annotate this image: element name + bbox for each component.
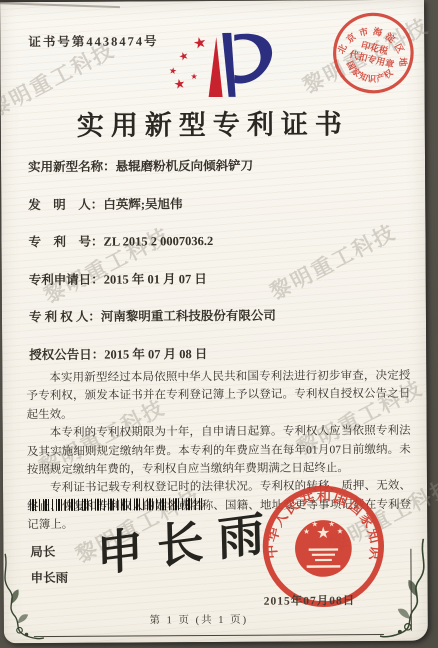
field-utility-model-name: 实用新型名称：悬辊磨粉机反向倾斜铲刀 [28,155,405,173]
logo-star-icon: ★ [168,65,177,76]
certificate-paper: 黎明重工科技 黎明重工科技 黎明重工科技 黎明重工科技 黎明重工科技 黎明重工科… [0,0,428,643]
field-label: 授权公告日： [29,347,104,361]
legal-paragraph: 本实用新型经过本局依照中华人民共和国专利法进行初步审查，决定授予专利权，颁发本证… [26,367,410,425]
field-application-date: 专利申请日：2015 年 01 月 07 日 [29,267,406,285]
logo-star-icon: ★ [190,72,197,81]
logo-star-icon: ★ [177,49,191,64]
national-emblem-icon: ★ ★ ★ ★ ★ [295,519,352,577]
field-grant-date: 授权公告日：2015 年 07 月 08 日 [29,342,406,360]
field-label: 专 利 号： [28,235,103,249]
field-inventors: 发 明 人：白英辉;吴旭伟 [28,192,405,210]
field-label: 专利申请日： [29,272,104,286]
svg-text:★: ★ [328,519,335,528]
tax-stamp-seal-icon: 北京市海淀区地方税务局 国家知识产权局 印花税 代扣专用章 [321,1,425,105]
legal-paragraph: 本专利的专利权期限为十年，自申请日起算。专利权人应当依照专利法及其实施细则规定缴… [27,422,411,480]
paper-fold-shadow [0,2,120,34]
field-label: 实用新型名称： [28,160,116,175]
seal-date: 2015年07月08日 [264,592,356,609]
svg-text:★: ★ [303,527,310,536]
page-number: 第 1 页 (共 1 页) [4,611,394,628]
sipo-official-seal-icon: 中华人民共和国国家知识产权局 ★ ★ ★ ★ ★ [260,483,387,610]
field-value: ZL 2015 2 0007036.2 [103,234,213,249]
field-value: 2015 年 07 月 08 日 [104,347,207,362]
logo-star-icon: ★ [172,75,186,92]
field-value: 悬辊磨粉机反向倾斜铲刀 [116,159,254,174]
field-patentee: 专 利 权 人：河南黎明重工科技股份有限公司 [29,305,406,323]
field-patent-number: 专 利 号：ZL 2015 2 0007036.2 [28,230,405,248]
certificate-title: 实用新型专利证书 [1,102,425,144]
field-value: 白英辉;吴旭伟 [103,197,182,211]
border-line [34,633,384,637]
certificate-photo: 黎明重工科技 黎明重工科技 黎明重工科技 黎明重工科技 黎明重工科技 黎明重工科… [0,0,438,648]
svg-text:★: ★ [312,519,319,528]
field-value: 河南黎明重工科技股份有限公司 [101,309,276,324]
patent-fields: 实用新型名称：悬辊磨粉机反向倾斜铲刀 发 明 人：白英辉;吴旭伟 专 利 号：Z… [28,155,406,382]
field-label: 发 明 人： [28,197,103,211]
field-label: 专 利 权 人： [29,310,101,324]
field-value: 2015 年 01 月 07 日 [104,272,207,287]
logo-star-icon: ★ [192,35,209,54]
svg-text:★: ★ [337,527,344,536]
sipo-logo-icon: ★ ★ ★ ★ ★ [138,27,294,104]
corner-ornament-icon [3,551,44,643]
